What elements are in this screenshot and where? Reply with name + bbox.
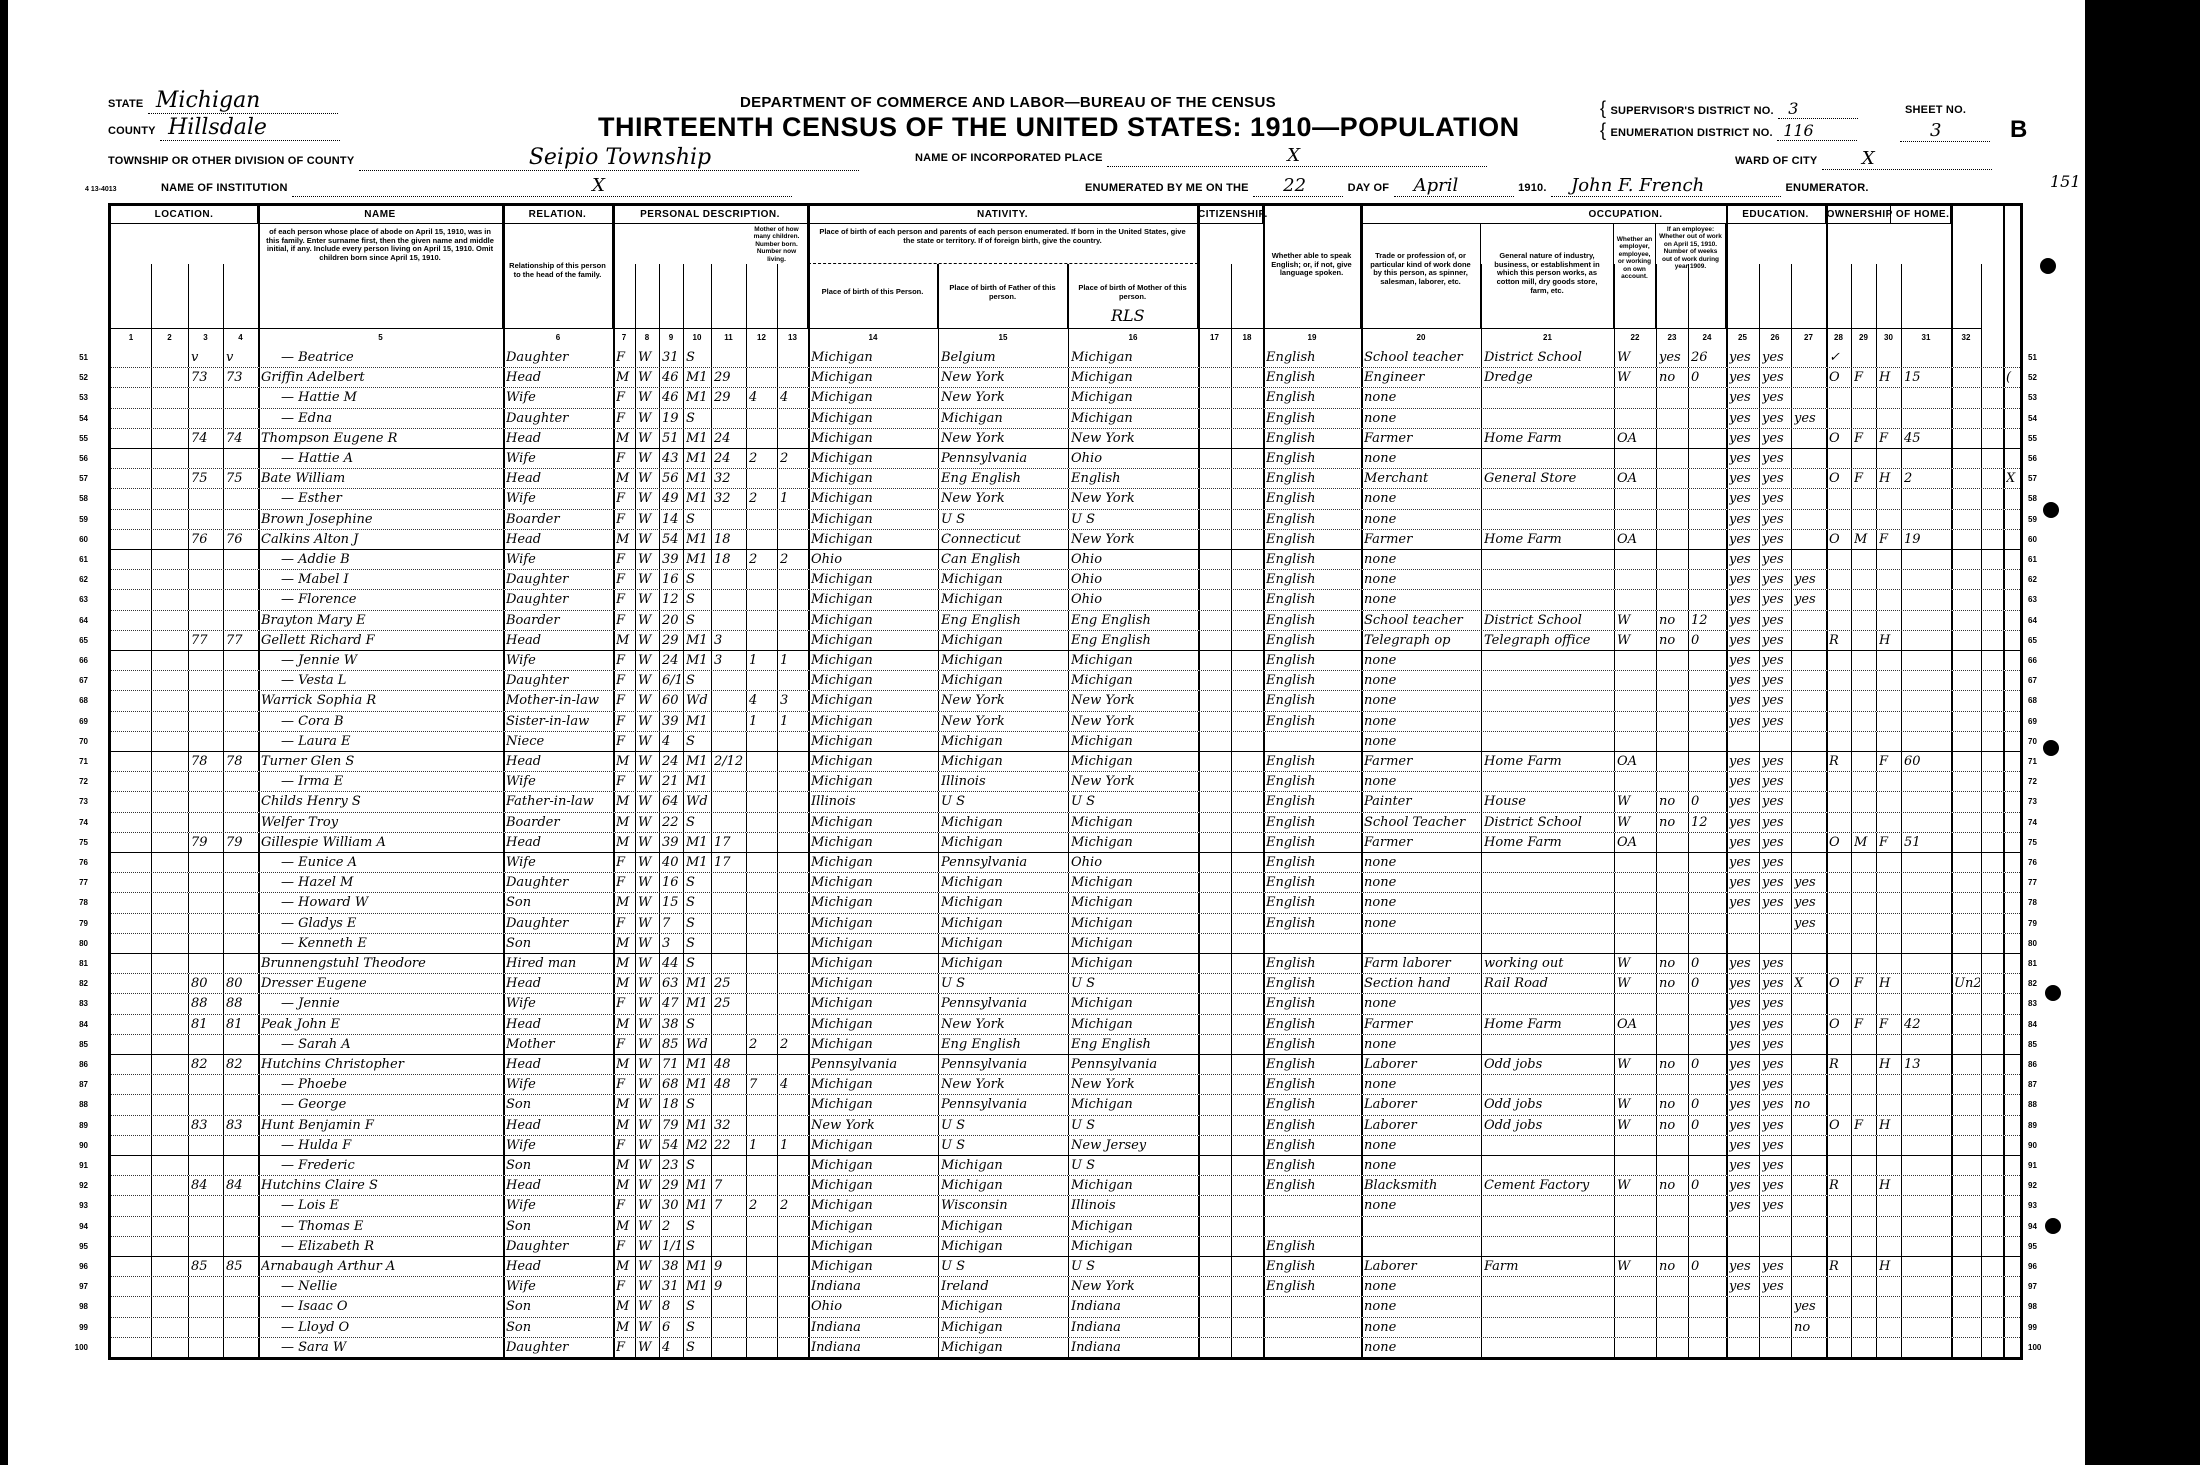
column-divider bbox=[1688, 429, 1689, 448]
column-divider bbox=[1614, 712, 1615, 731]
column-divider bbox=[1901, 994, 1902, 1013]
column-divider bbox=[1614, 792, 1615, 811]
cell-read: yes bbox=[1729, 1015, 1758, 1034]
cell-father: Pennsylvania bbox=[941, 449, 1067, 468]
column-number: 8 bbox=[635, 328, 659, 346]
column-divider bbox=[188, 772, 189, 791]
column-divider bbox=[1826, 732, 1828, 751]
column-divider bbox=[1198, 732, 1200, 751]
cell-living bbox=[780, 994, 807, 1013]
cell-family bbox=[226, 873, 257, 892]
cell-family bbox=[226, 510, 257, 529]
column-divider bbox=[659, 348, 660, 367]
employer-header: Whether an employer, employee, or workin… bbox=[1614, 224, 1656, 328]
cell-dwelling bbox=[191, 934, 222, 953]
table-row: Brown JosephineBoarderFW14SMichiganU SU … bbox=[111, 510, 2020, 530]
column-number: 18 bbox=[1231, 328, 1263, 346]
column-divider bbox=[1876, 1277, 1877, 1296]
column-divider bbox=[1826, 1176, 1828, 1195]
cell-industry: District School bbox=[1484, 813, 1613, 832]
cell-dwelling: 83 bbox=[191, 1116, 222, 1135]
cell-birth: Michigan bbox=[811, 691, 937, 710]
cell-mother: Eng English bbox=[1071, 631, 1197, 650]
cell-c31 bbox=[1984, 954, 2002, 973]
column-number: 25 bbox=[1726, 328, 1759, 346]
column-divider bbox=[635, 813, 636, 832]
column-divider bbox=[1656, 873, 1657, 892]
column-divider bbox=[808, 510, 810, 529]
column-divider bbox=[659, 611, 660, 630]
cell-school: no bbox=[1794, 1095, 1825, 1114]
cell-race: W bbox=[638, 1257, 658, 1276]
column-divider bbox=[1851, 449, 1852, 468]
column-divider bbox=[151, 489, 152, 508]
cell-mother: Michigan bbox=[1071, 651, 1197, 670]
column-divider bbox=[1851, 510, 1852, 529]
column-divider bbox=[1263, 1095, 1265, 1114]
cell-school bbox=[1794, 772, 1825, 791]
cell-write: yes bbox=[1762, 368, 1790, 387]
cell-father: Michigan bbox=[941, 732, 1067, 751]
column-divider bbox=[938, 1257, 939, 1276]
column-divider bbox=[1726, 671, 1728, 690]
cell-sex: F bbox=[616, 732, 634, 751]
column-divider bbox=[711, 994, 712, 1013]
cell-family bbox=[226, 590, 257, 609]
cell-weeks bbox=[1691, 1338, 1725, 1357]
column-divider bbox=[223, 1257, 224, 1276]
column-divider bbox=[1876, 1075, 1877, 1094]
column-divider bbox=[613, 388, 615, 407]
column-divider bbox=[1826, 752, 1828, 771]
column-divider bbox=[1481, 1297, 1482, 1316]
column-divider bbox=[1851, 429, 1852, 448]
cell-marital: M1 bbox=[686, 469, 710, 488]
column-divider bbox=[1263, 409, 1265, 428]
column-divider bbox=[711, 1277, 712, 1296]
column-divider bbox=[1361, 1257, 1363, 1276]
cell-read: yes bbox=[1729, 1196, 1758, 1215]
column-divider bbox=[1791, 469, 1792, 488]
cell-marital: M1 bbox=[686, 1116, 710, 1135]
column-divider bbox=[1851, 1055, 1852, 1074]
cell-emp: W bbox=[1617, 1116, 1655, 1135]
cell-language: English bbox=[1266, 691, 1360, 710]
column-divider bbox=[1791, 1257, 1792, 1276]
cell-farm bbox=[1879, 712, 1900, 731]
cell-race: W bbox=[638, 1055, 658, 1074]
column-divider bbox=[659, 1318, 660, 1337]
column-divider bbox=[1068, 1055, 1069, 1074]
column-divider bbox=[1826, 1277, 1828, 1296]
cell-race: W bbox=[638, 590, 658, 609]
column-divider bbox=[1688, 732, 1689, 751]
cell-industry: Home Farm bbox=[1484, 1015, 1613, 1034]
column-divider bbox=[1263, 1156, 1265, 1175]
cell-school bbox=[1794, 792, 1825, 811]
column-divider bbox=[1198, 1318, 1200, 1337]
cell-family bbox=[226, 570, 257, 589]
column-divider bbox=[1614, 772, 1615, 791]
cell-family bbox=[226, 1035, 257, 1054]
column-divider bbox=[1981, 570, 1982, 589]
cell-out bbox=[1659, 994, 1687, 1013]
cell-race: W bbox=[638, 1176, 658, 1195]
ward-value: X bbox=[1822, 148, 1992, 170]
cell-race: W bbox=[638, 893, 658, 912]
cell-industry: General Store bbox=[1484, 469, 1613, 488]
column-number: 32 bbox=[1951, 328, 1981, 346]
group-name: NAME bbox=[258, 206, 503, 224]
column-divider bbox=[1614, 570, 1615, 589]
cell-write: yes bbox=[1762, 893, 1790, 912]
column-divider bbox=[1981, 611, 1982, 630]
column-divider bbox=[1826, 611, 1828, 630]
column-divider bbox=[223, 1196, 224, 1215]
cell-farm bbox=[1879, 1338, 1900, 1357]
cell-sex: F bbox=[616, 1075, 634, 1094]
cell-dwelling: v bbox=[191, 348, 222, 367]
cell-born: 7 bbox=[749, 1075, 776, 1094]
cell-mother: Ohio bbox=[1071, 853, 1197, 872]
cell-industry bbox=[1484, 712, 1613, 731]
column-divider bbox=[1361, 873, 1363, 892]
column-divider bbox=[1688, 1136, 1689, 1155]
column-divider bbox=[1231, 489, 1232, 508]
cell-living bbox=[780, 530, 807, 549]
column-divider bbox=[188, 914, 189, 933]
column-divider bbox=[1851, 732, 1852, 751]
column-divider bbox=[151, 510, 152, 529]
cell-born bbox=[749, 954, 776, 973]
cell-mother: Michigan bbox=[1071, 934, 1197, 953]
column-divider bbox=[223, 813, 224, 832]
column-divider bbox=[613, 489, 615, 508]
column-divider bbox=[613, 1055, 615, 1074]
column-divider bbox=[746, 348, 747, 367]
column-divider bbox=[613, 631, 615, 650]
column-divider bbox=[1656, 489, 1657, 508]
cell-born bbox=[749, 853, 776, 872]
column-divider bbox=[1361, 853, 1363, 872]
column-divider bbox=[1361, 368, 1363, 387]
column-divider bbox=[151, 671, 152, 690]
cell-farm: F bbox=[1879, 752, 1900, 771]
cell-farm bbox=[1879, 590, 1900, 609]
column-divider bbox=[1981, 873, 1982, 892]
column-divider bbox=[1726, 1277, 1728, 1296]
table-row: — Eunice AWifeFW40M117MichiganPennsylvan… bbox=[111, 853, 2020, 873]
cell-name: Gillespie William A bbox=[261, 833, 502, 852]
column-divider bbox=[1791, 712, 1792, 731]
column-divider bbox=[1901, 792, 1902, 811]
cell-read: yes bbox=[1729, 712, 1758, 731]
cell-family bbox=[226, 1196, 257, 1215]
column-divider bbox=[1198, 570, 1200, 589]
cell-race: W bbox=[638, 449, 658, 468]
column-divider bbox=[1851, 1015, 1852, 1034]
cell-relation: Head bbox=[506, 368, 612, 387]
column-divider bbox=[1726, 530, 1728, 549]
column-divider bbox=[503, 1338, 505, 1357]
column-divider bbox=[1656, 590, 1657, 609]
column-divider bbox=[683, 1237, 684, 1256]
column-divider bbox=[1951, 348, 1953, 367]
cell-c32 bbox=[2006, 1257, 2022, 1276]
column-divider bbox=[1951, 1156, 1953, 1175]
cell-write: yes bbox=[1762, 550, 1790, 569]
cell-dwelling bbox=[191, 914, 222, 933]
cell-read: yes bbox=[1729, 368, 1758, 387]
column-divider bbox=[1481, 1176, 1482, 1195]
cell-years-married: 3 bbox=[714, 631, 745, 650]
column-divider bbox=[1726, 1075, 1728, 1094]
cell-c31 bbox=[1984, 853, 2002, 872]
column-divider bbox=[613, 449, 615, 468]
cell-trade: none bbox=[1364, 914, 1480, 933]
column-divider bbox=[503, 934, 505, 953]
column-divider bbox=[1901, 469, 1902, 488]
column-divider bbox=[1981, 1095, 1982, 1114]
cell-c30 bbox=[1954, 873, 1980, 892]
cell-name: — Vesta L bbox=[261, 671, 502, 690]
column-divider bbox=[1951, 1318, 1953, 1337]
column-divider bbox=[188, 631, 189, 650]
column-divider bbox=[1614, 752, 1615, 771]
cell-c32 bbox=[2006, 631, 2022, 650]
cell-born: 1 bbox=[749, 1136, 776, 1155]
cell-sex: M bbox=[616, 631, 634, 650]
cell-industry bbox=[1484, 732, 1613, 751]
cell-trade: none bbox=[1364, 1338, 1480, 1357]
column-divider bbox=[1981, 1257, 1982, 1276]
cell-age: 4 bbox=[662, 732, 682, 751]
column-divider bbox=[1361, 206, 1363, 348]
column-divider bbox=[938, 893, 939, 912]
column-divider bbox=[777, 489, 778, 508]
column-divider bbox=[1361, 570, 1363, 589]
cell-industry bbox=[1484, 590, 1613, 609]
table-row: — Thomas ESonMW2SMichiganMichiganMichiga… bbox=[111, 1217, 2020, 1237]
line-number-left: 72 bbox=[62, 777, 88, 786]
cell-c31 bbox=[1984, 813, 2002, 832]
cell-own: ✓ bbox=[1829, 348, 1850, 367]
cell-relation: Wife bbox=[506, 1196, 612, 1215]
column-divider bbox=[683, 469, 684, 488]
cell-own bbox=[1829, 691, 1850, 710]
column-divider bbox=[1876, 348, 1877, 367]
column-divider bbox=[188, 1237, 189, 1256]
column-divider bbox=[808, 530, 810, 549]
cell-emp bbox=[1617, 1075, 1655, 1094]
column-divider bbox=[808, 1035, 810, 1054]
cell-write: yes bbox=[1762, 1156, 1790, 1175]
cell-c31 bbox=[1984, 1055, 2002, 1074]
column-divider bbox=[635, 590, 636, 609]
column-divider bbox=[1826, 954, 1828, 973]
column-divider bbox=[711, 1257, 712, 1276]
cell-living bbox=[780, 1257, 807, 1276]
column-divider bbox=[188, 570, 189, 589]
cell-c31 bbox=[1984, 530, 2002, 549]
cell-race: W bbox=[638, 1217, 658, 1236]
cell-weeks: 0 bbox=[1691, 1257, 1725, 1276]
cell-language: English bbox=[1266, 671, 1360, 690]
cell-years-married: 32 bbox=[714, 1116, 745, 1135]
cell-own bbox=[1829, 893, 1850, 912]
cell-farm bbox=[1879, 1075, 1900, 1094]
cell-industry: Odd jobs bbox=[1484, 1055, 1613, 1074]
cell-years-married bbox=[714, 671, 745, 690]
column-divider bbox=[711, 833, 712, 852]
column-divider bbox=[938, 611, 939, 630]
column-divider bbox=[1361, 550, 1363, 569]
column-divider bbox=[1876, 590, 1877, 609]
column-divider bbox=[613, 1297, 615, 1316]
column-divider bbox=[808, 1176, 810, 1195]
cell-own: O bbox=[1829, 530, 1850, 549]
cell-name: — Frederic bbox=[261, 1156, 502, 1175]
column-divider bbox=[1876, 752, 1877, 771]
column-divider bbox=[1361, 772, 1363, 791]
column-divider bbox=[1614, 1176, 1615, 1195]
cell-name: — Howard W bbox=[261, 893, 502, 912]
column-divider bbox=[1876, 1257, 1877, 1276]
column-divider bbox=[808, 429, 810, 448]
column-divider bbox=[1688, 934, 1689, 953]
cell-years-married: 17 bbox=[714, 833, 745, 852]
cell-write: yes bbox=[1762, 691, 1790, 710]
cell-sex: M bbox=[616, 368, 634, 387]
column-divider bbox=[1068, 429, 1069, 448]
column-divider bbox=[659, 994, 660, 1013]
cell-marital: M1 bbox=[686, 631, 710, 650]
cell-industry bbox=[1484, 1338, 1613, 1357]
column-divider bbox=[1876, 1297, 1877, 1316]
column-divider bbox=[938, 550, 939, 569]
column-divider bbox=[1876, 510, 1877, 529]
cell-birth: Michigan bbox=[811, 712, 937, 731]
line-number-right: 73 bbox=[2028, 797, 2054, 806]
cell-weeks bbox=[1691, 409, 1725, 428]
column-divider bbox=[2003, 1095, 2005, 1114]
column-number: 1 bbox=[111, 328, 151, 346]
table-row: 7575Bate WilliamHeadMW56M132MichiganEng … bbox=[111, 469, 2020, 489]
column-divider bbox=[1656, 570, 1657, 589]
column-divider bbox=[1981, 530, 1982, 549]
cell-write: yes bbox=[1762, 388, 1790, 407]
column-divider bbox=[1198, 1338, 1200, 1357]
column-divider bbox=[1759, 1035, 1760, 1054]
column-divider bbox=[1826, 914, 1828, 933]
cell-own bbox=[1829, 570, 1850, 589]
cell-mother: Michigan bbox=[1071, 1176, 1197, 1195]
cell-relation: Boarder bbox=[506, 813, 612, 832]
cell-marital: S bbox=[686, 893, 710, 912]
cell-birth: Michigan bbox=[811, 1217, 937, 1236]
cell-out bbox=[1659, 833, 1687, 852]
column-divider bbox=[659, 873, 660, 892]
column-divider bbox=[1726, 348, 1728, 367]
cell-write: yes bbox=[1762, 813, 1790, 832]
column-divider bbox=[659, 691, 660, 710]
cell-relation: Daughter bbox=[506, 873, 612, 892]
column-divider bbox=[613, 813, 615, 832]
column-divider bbox=[1263, 1196, 1265, 1215]
column-divider bbox=[635, 691, 636, 710]
cell-out bbox=[1659, 873, 1687, 892]
cell-c30 bbox=[1954, 853, 1980, 872]
column-divider bbox=[711, 691, 712, 710]
table-row: — Irma EWifeFW21M1MichiganIllinoisNew Yo… bbox=[111, 772, 2020, 792]
column-divider bbox=[1951, 1075, 1953, 1094]
cell-school: yes bbox=[1794, 570, 1825, 589]
column-divider bbox=[1614, 994, 1615, 1013]
cell-industry: Odd jobs bbox=[1484, 1116, 1613, 1135]
column-divider bbox=[1981, 994, 1982, 1013]
column-divider bbox=[503, 530, 505, 549]
column-divider bbox=[223, 671, 224, 690]
cell-farm: H bbox=[1879, 1257, 1900, 1276]
cell-language: English bbox=[1266, 954, 1360, 973]
column-divider bbox=[1656, 752, 1657, 771]
column-divider bbox=[503, 833, 505, 852]
cell-c32 bbox=[2006, 409, 2022, 428]
cell-read: yes bbox=[1729, 1035, 1758, 1054]
column-divider bbox=[1614, 833, 1615, 852]
line-number-left: 73 bbox=[62, 797, 88, 806]
cell-years-married bbox=[714, 1015, 745, 1034]
column-divider bbox=[635, 1015, 636, 1034]
column-divider bbox=[1851, 772, 1852, 791]
cell-trade: none bbox=[1364, 732, 1480, 751]
column-divider bbox=[1851, 893, 1852, 912]
column-divider bbox=[1901, 631, 1902, 650]
column-divider bbox=[635, 550, 636, 569]
column-divider bbox=[1361, 1035, 1363, 1054]
table-row: — EstherWifeFW49M13221MichiganNew YorkNe… bbox=[111, 489, 2020, 509]
institution-value: X bbox=[292, 175, 792, 197]
cell-c31 bbox=[1984, 1257, 2002, 1276]
column-divider bbox=[1198, 409, 1200, 428]
cell-language: English bbox=[1266, 1095, 1360, 1114]
cell-family: 76 bbox=[226, 530, 257, 549]
cell-dwelling bbox=[191, 792, 222, 811]
column-number: 13 bbox=[777, 328, 808, 346]
cell-emp: W bbox=[1617, 631, 1655, 650]
cell-age: 24 bbox=[662, 651, 682, 670]
cell-out bbox=[1659, 1217, 1687, 1236]
cell-c32 bbox=[2006, 1318, 2022, 1337]
cell-c31 bbox=[1984, 409, 2002, 428]
cell-farm bbox=[1879, 914, 1900, 933]
column-divider bbox=[1068, 752, 1069, 771]
column-divider bbox=[1614, 1237, 1615, 1256]
column-divider bbox=[683, 873, 684, 892]
column-divider bbox=[1726, 1035, 1728, 1054]
column-divider bbox=[1231, 1095, 1232, 1114]
cell-years-married bbox=[714, 954, 745, 973]
column-divider bbox=[1481, 914, 1482, 933]
column-divider bbox=[503, 550, 505, 569]
cell-c30 bbox=[1954, 752, 1980, 771]
cell-language: English bbox=[1266, 590, 1360, 609]
cell-own: R bbox=[1829, 1055, 1850, 1074]
column-divider bbox=[659, 1237, 660, 1256]
cell-mother: Michigan bbox=[1071, 409, 1197, 428]
cell-write: yes bbox=[1762, 712, 1790, 731]
cell-trade: School Teacher bbox=[1364, 813, 1480, 832]
